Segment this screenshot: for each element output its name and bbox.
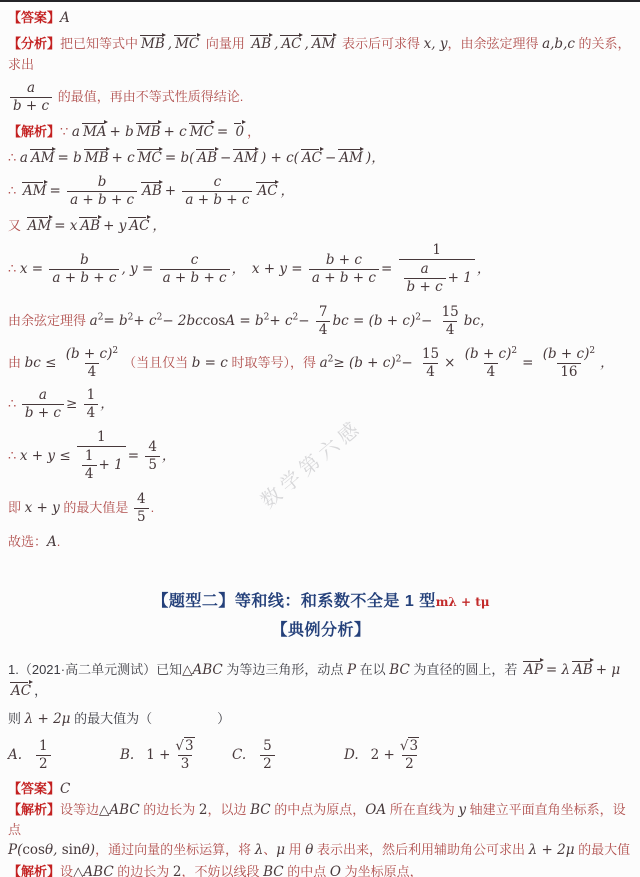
text-cn: 由	[8, 354, 25, 369]
math-italic: x + y ≤	[20, 448, 75, 464]
math-italic: + c	[112, 150, 135, 166]
math-upright: 16	[560, 364, 577, 380]
vector-term: AM	[232, 147, 260, 165]
math-italic: =	[522, 354, 538, 370]
math-italic: a	[39, 387, 47, 403]
section-label: 【解析】	[8, 864, 60, 877]
math-italic: ，	[600, 354, 614, 370]
fraction-denominator: 2	[260, 755, 275, 773]
answer-line-1: 【答案】A	[8, 8, 634, 28]
math-upright: 15	[422, 346, 439, 362]
math-upright: 7	[319, 304, 328, 320]
math-upright: 4	[87, 405, 96, 421]
math-italic: x =	[20, 261, 48, 277]
fraction: 45	[134, 491, 149, 526]
math-italic: a	[421, 261, 429, 277]
fraction: (b + c)24	[462, 346, 520, 381]
math-italic: b + c	[326, 252, 362, 268]
math-italic: = b	[103, 313, 127, 329]
math-upright: cos	[22, 842, 45, 858]
math-italic: P	[347, 662, 356, 678]
superscript: 2	[589, 346, 595, 356]
math-italic: a	[20, 150, 28, 166]
text-cn: ∴	[8, 150, 20, 165]
vector-term: MC	[188, 121, 216, 139]
math-italic: a + b + c	[312, 270, 376, 286]
math-italic: ， x + y =	[232, 261, 307, 277]
math-italic: bc，	[464, 313, 494, 329]
text-cn: ∵	[60, 124, 72, 139]
fraction: 12	[36, 738, 51, 773]
sqrt-term: √3	[175, 737, 194, 754]
radicand: 3	[184, 737, 195, 754]
option-A: A.12	[8, 737, 120, 774]
math-upright: 4	[426, 364, 435, 380]
section-title: 【题型二】等和线：和系数不全是 1 型mλ + tμ	[8, 590, 634, 614]
math-upright: 4	[319, 322, 328, 338]
fraction-numerator: a	[36, 387, 50, 404]
math-upright: 4	[88, 364, 97, 380]
math-italic: + y	[103, 218, 126, 234]
sqrt-term: √3	[400, 737, 419, 754]
text-cn: 用	[285, 842, 305, 857]
vector-term: 0	[233, 121, 246, 139]
math-italic: λ + 2μ	[25, 711, 71, 727]
solution-line-10: 即 x + y 的最大值是 45.	[8, 490, 634, 527]
text-cn: ，不妨以线段	[182, 864, 264, 877]
math-italic: =	[49, 183, 65, 199]
fraction-denominator: a + b + c	[182, 191, 252, 209]
math-italic: P(	[8, 842, 22, 858]
section-label: 【分析】	[8, 36, 60, 51]
vector-term: AM	[26, 215, 54, 233]
text-cn: 把已知等式中	[60, 36, 138, 51]
text-cn: ，以边	[208, 802, 251, 817]
text-cn: 的最大值是	[60, 500, 132, 515]
math-upright: 2	[405, 756, 414, 772]
solution-line-3: ∴ AM= ba + b + cAB+ ca + b + cAC，	[8, 173, 634, 210]
fraction: 14	[82, 448, 97, 483]
section-subtitle: 【典例分析】	[8, 619, 634, 643]
fraction-denominator: 3	[178, 755, 193, 773]
math-italic: a + b + c	[70, 192, 134, 208]
vector-term: AC	[255, 180, 279, 198]
solution-line-8: ∴ ab + c≥ 14，	[8, 386, 634, 423]
text-question: 的最大值为（ ）	[70, 711, 230, 726]
fraction-denominator: a + b + c	[160, 269, 230, 287]
fraction-denominator: a + b + c	[67, 191, 137, 209]
math-italic: y	[458, 802, 466, 818]
fraction-numerator: 1	[36, 738, 51, 755]
text-question: 1.（2021·高二单元测试）已知	[8, 662, 182, 677]
math-italic: = b(	[165, 150, 195, 166]
options-row: A.12B.1 + √33C.52D.2 + √32	[8, 737, 634, 774]
fraction-numerator: 1	[82, 448, 97, 465]
math-italic: θ)	[82, 842, 95, 858]
fraction: ab + c	[22, 387, 64, 422]
math-italic: + c	[269, 313, 292, 329]
math-italic: △ABC	[73, 864, 114, 877]
text-cn: 表示出来，然后利用辅助角公可求出	[313, 842, 528, 857]
fraction-numerator: 1	[429, 242, 444, 259]
fraction-denominator: 2	[36, 755, 51, 773]
fraction: ab + c	[10, 80, 52, 115]
fraction: ca + b + c	[182, 174, 252, 209]
math-upright: 2 +	[371, 745, 395, 765]
fraction-numerator: 4	[145, 439, 160, 456]
math-italic: b + c	[25, 405, 61, 421]
math-italic: a + b + c	[163, 270, 227, 286]
option-label: C.	[232, 745, 246, 765]
text-cn: 为坐标原点，	[341, 864, 423, 877]
option-label: B.	[120, 745, 134, 765]
math-italic: ,	[305, 36, 309, 52]
section-label: 【解析】	[8, 802, 60, 817]
solution-line-6: 由余弦定理得 a2= b2+ c2− 2bccosA = b2+ c2− 74b…	[8, 303, 634, 340]
fraction-numerator: 4	[134, 491, 149, 508]
fraction-denominator: 4	[85, 363, 100, 381]
option-D: D.2 + √32	[344, 737, 424, 774]
superscript: 2	[511, 346, 517, 356]
answer-line-2: 【答案】C	[8, 780, 634, 800]
math-italic: △ABC	[99, 802, 140, 818]
math-italic: BC	[389, 662, 410, 678]
fraction: √33	[172, 738, 197, 773]
math-italic: C	[60, 781, 70, 797]
math-italic: A	[60, 10, 70, 26]
math-italic: bc = (b + c)	[332, 313, 415, 329]
fraction-denominator: 4	[423, 363, 438, 381]
math-italic: a	[90, 313, 98, 329]
solution2-line-2: P(cosθ, sinθ)，通过向量的坐标运算，将 λ、μ 用 θ 表示出来，然…	[8, 841, 634, 861]
fraction-denominator: 4	[484, 363, 499, 381]
math-italic: BC	[250, 802, 271, 818]
vector-term: AM	[337, 147, 365, 165]
fraction: 45	[145, 439, 160, 474]
fraction: 52	[260, 738, 275, 773]
math-italic: + 1	[448, 270, 472, 286]
option-label: D.	[344, 745, 359, 765]
text-cn: ，	[247, 124, 260, 139]
math-italic: (b + c)	[543, 346, 590, 362]
math-italic: , y =	[121, 261, 157, 277]
math-upright: 1	[39, 738, 48, 754]
fraction-numerator: (b + c)2	[540, 346, 598, 363]
math-italic: a + b + c	[185, 192, 249, 208]
math-upright: 1 +	[146, 745, 170, 765]
text-cn: 设等边	[60, 802, 99, 817]
text-question: 为直径的圆上，若	[410, 662, 521, 677]
math-upright: 15	[442, 304, 459, 320]
option-B: B.1 + √33	[120, 737, 232, 774]
option-C: C.52	[232, 737, 344, 774]
fraction-denominator: a + b + c	[309, 269, 379, 287]
math-upright: 2	[39, 756, 48, 772]
math-italic: a	[27, 80, 35, 96]
math-upright: 1	[85, 448, 94, 464]
fraction-denominator: ab + c+ 1	[399, 259, 475, 297]
math-upright: 4	[85, 466, 94, 482]
text-cn: 向量用	[202, 36, 248, 51]
math-italic: ，	[477, 261, 491, 277]
math-italic: bc ≤	[25, 354, 61, 370]
math-italic: a	[320, 354, 328, 370]
fraction: (b + c)216	[540, 346, 598, 381]
fraction-numerator: (b + c)2	[462, 346, 520, 363]
fraction: ba + b + c	[49, 252, 119, 287]
fraction: 1ab + c+ 1	[399, 242, 475, 297]
fraction-numerator: 5	[260, 738, 275, 755]
math-italic: λ + 2μ	[529, 842, 575, 858]
fraction-numerator: (b + c)2	[63, 346, 121, 363]
fraction-denominator: 2	[402, 755, 417, 773]
text-cn: ，由余弦定理得	[447, 36, 542, 51]
vector-term: AB	[78, 215, 102, 233]
fraction-denominator: 16	[557, 363, 580, 381]
text-question: ，	[34, 683, 47, 698]
fraction-numerator: b	[77, 252, 92, 269]
fraction: ab + c	[404, 261, 446, 296]
math-italic: + b	[110, 124, 134, 140]
math-italic: b	[98, 174, 107, 190]
fraction: 74	[316, 304, 331, 339]
text-cn: ，通过向量的坐标运算，将	[95, 842, 255, 857]
fraction-numerator: 7	[316, 304, 331, 321]
text-cn: ∴	[8, 448, 20, 463]
text-cn: .	[57, 534, 61, 549]
vector-term: AP	[522, 659, 545, 677]
math-italic: −	[421, 313, 437, 329]
math-italic: −	[298, 313, 314, 329]
fraction: 154	[419, 346, 442, 381]
math-upright: cos	[203, 313, 226, 329]
math-upright: 5	[148, 457, 157, 473]
vector-term: MC	[136, 147, 164, 165]
math-italic: −	[220, 150, 231, 166]
solution-line-7: 由 bc ≤ (b + c)24（当且仅当 b = c 时取等号），得 a2≥ …	[8, 345, 634, 382]
math-italic: + 1	[99, 457, 123, 473]
fraction-numerator: c	[188, 252, 202, 269]
question-line-1: 1.（2021·高二单元测试）已知△ABC 为等边三角形，动点 P 在以 BC …	[8, 659, 634, 701]
math-italic: ×	[444, 354, 460, 370]
fraction-denominator: a + b + c	[49, 269, 119, 287]
superscript: 2	[112, 346, 118, 356]
text-cn: 的中点	[284, 864, 330, 877]
solution-line-4: 又 AM= xAB+ yAC，	[8, 215, 634, 236]
math-italic: + c	[164, 124, 187, 140]
text-cn: 故选：	[8, 534, 47, 549]
math-upright: 3	[181, 756, 190, 772]
text-question: 为等边三角形，动点	[223, 662, 347, 677]
text-question: 则	[8, 711, 25, 726]
vector-term: MA	[81, 121, 109, 139]
math-italic: = x	[54, 218, 77, 234]
text-cn: 时取等号），得	[228, 354, 320, 369]
fraction-denominator: b + c	[10, 97, 52, 115]
fraction-denominator: 4	[443, 321, 458, 339]
vector-term: AB	[140, 180, 164, 198]
math-italic: −	[325, 150, 336, 166]
math-italic: ，	[162, 448, 176, 464]
fraction-denominator: 4	[316, 321, 331, 339]
analysis-line-1: 【分析】把已知等式中MB,MC 向量用 AB,AC,AM 表示后可求得 x, y…	[8, 33, 634, 74]
math-italic: ≥ (b + c)	[333, 354, 395, 370]
question-line-2: 则 λ + 2μ 的最大值为（ ）	[8, 709, 634, 729]
fraction-numerator: a	[24, 80, 38, 97]
fraction-numerator: 15	[419, 346, 442, 363]
math-upright: 2	[173, 864, 182, 877]
text-cn: 的最大值	[574, 842, 630, 857]
fraction-numerator: b + c	[323, 252, 365, 269]
vector-term: AM	[29, 147, 57, 165]
vector-term: AB	[249, 33, 273, 51]
math-italic: +	[165, 183, 181, 199]
text-cn: ∴	[8, 261, 20, 276]
analysis-line-2: ab + c 的最值，再由不等式性质得结论.	[8, 79, 634, 116]
fraction-numerator: √3	[172, 738, 197, 755]
fraction-denominator: 5	[145, 456, 160, 474]
math-upright: 2	[263, 756, 272, 772]
fraction-denominator: b + c	[404, 278, 446, 296]
solution2-line-1: 【解析】设等边△ABC 的边长为 2，以边 BC 的中点为原点，OA 所在直线为…	[8, 801, 634, 839]
math-italic: + c	[133, 313, 156, 329]
fraction: (b + c)24	[63, 346, 121, 381]
text-cn: （当且仅当	[123, 354, 192, 369]
math-italic: x + y	[25, 500, 60, 516]
document-body: 【答案】A【分析】把已知等式中MB,MC 向量用 AB,AC,AM 表示后可求得…	[8, 8, 634, 877]
math-italic: = b	[58, 150, 82, 166]
vector-term: MB	[139, 33, 167, 51]
fraction-denominator: 5	[134, 508, 149, 526]
radical-sign: √	[175, 738, 184, 754]
section-label: 【答案】	[8, 781, 60, 796]
math-italic: λ	[255, 842, 264, 858]
math-italic: ，	[152, 218, 166, 234]
math-italic: b + c	[13, 98, 49, 114]
math-italic: BC	[263, 864, 284, 877]
math-italic: ，	[281, 183, 295, 199]
solution-line-11: 故选：A.	[8, 532, 634, 552]
math-italic: b	[80, 252, 89, 268]
math-italic: −	[401, 354, 417, 370]
vector-term: AM	[310, 33, 338, 51]
math-italic: θ,	[45, 842, 62, 858]
math-upright: 2	[199, 802, 208, 818]
math-italic: A = b	[225, 313, 263, 329]
math-italic: b + c	[407, 279, 443, 295]
math-italic: − 2bc	[162, 313, 202, 329]
math-italic: μ	[276, 842, 285, 858]
math-italic: =	[217, 124, 233, 140]
vector-term: MB	[135, 121, 163, 139]
math-upright: 1	[432, 242, 441, 258]
title-text: 【题型二】等和线：和系数不全是 1 型	[152, 593, 435, 610]
text-cn: 又	[8, 218, 25, 233]
text-cn: ∴	[8, 396, 20, 411]
fraction: 14	[84, 387, 99, 422]
fraction-numerator: c	[211, 174, 225, 191]
math-italic: (b + c)	[66, 346, 113, 362]
vector-term: AC	[127, 215, 151, 233]
solution-line-1: 【解析】∵ aMA+ bMB+ cMC= 0，	[8, 121, 634, 142]
text-question: 在以	[356, 662, 389, 677]
text-cn: 的边长为	[114, 864, 173, 877]
vector-term: AC	[279, 33, 303, 51]
math-italic: x, y	[424, 36, 448, 52]
text-cn: .	[151, 500, 155, 515]
math-italic: =	[128, 448, 144, 464]
math-italic: b = c	[192, 354, 228, 370]
fraction: 114+ 1	[77, 429, 126, 484]
math-italic: ) + c(	[261, 150, 299, 166]
math-upright: 1	[97, 429, 106, 445]
math-italic: △ABC	[182, 662, 223, 678]
math-upright: 4	[148, 439, 157, 455]
math-upright: 5	[137, 509, 146, 525]
option-label: A.	[8, 745, 22, 765]
text-cn: 表示后可求得	[338, 36, 423, 51]
math-upright: 1	[87, 387, 96, 403]
title-text: 【典例分析】	[271, 622, 370, 639]
math-italic: ，	[100, 396, 114, 412]
text-cn: 设	[60, 864, 73, 877]
math-italic: = λ	[546, 662, 570, 678]
vector-term: MB	[83, 147, 111, 165]
fraction: ca + b + c	[160, 252, 230, 287]
math-italic: O	[330, 864, 341, 877]
fraction-numerator: b	[95, 174, 110, 191]
vector-term: AC	[9, 680, 33, 698]
vector-term: AB	[195, 147, 219, 165]
text-cn: 、	[263, 842, 276, 857]
vector-term: MC	[173, 33, 201, 51]
section-label: 【答案】	[8, 10, 60, 25]
fraction-denominator: b + c	[22, 404, 64, 422]
fraction-numerator: a	[418, 261, 432, 278]
fraction-denominator: 4	[82, 465, 97, 483]
math-upright: 5	[263, 738, 272, 754]
text-cn: 的中点为原点，	[271, 802, 366, 817]
math-italic: ,	[168, 36, 172, 52]
math-italic: + μ	[596, 662, 620, 678]
math-italic: c	[191, 252, 199, 268]
math-italic: a	[72, 124, 80, 140]
math-italic: A	[47, 534, 57, 550]
math-italic: ,	[274, 36, 278, 52]
fraction: b + ca + b + c	[309, 252, 379, 287]
solution-line-5: ∴ x = ba + b + c, y = ca + b + c， x + y …	[8, 241, 634, 298]
fraction-denominator: 4	[84, 404, 99, 422]
fraction: 154	[439, 304, 462, 339]
text-cn: 的最值，再由不等式性质得结论.	[54, 89, 243, 104]
text-cn: 所在直线为	[386, 802, 458, 817]
solution-line-9: ∴ x + y ≤ 114+ 1= 45，	[8, 428, 634, 485]
math-italic: c	[214, 174, 222, 190]
fraction-numerator: 1	[94, 429, 109, 446]
math-italic: (b + c)	[465, 346, 512, 362]
fraction: ba + b + c	[67, 174, 137, 209]
math-italic: )，	[366, 150, 385, 166]
text-cn: 的边长为	[140, 802, 199, 817]
solution2-line-3: 【解析】设△ABC 的边长为 2，不妨以线段 BC 的中点 O 为坐标原点，	[8, 863, 634, 877]
text-cn: 即	[8, 500, 25, 515]
vector-term: AB	[571, 659, 595, 677]
math-upright: sin	[62, 842, 82, 858]
document-page: 【答案】A【分析】把已知等式中MB,MC 向量用 AB,AC,AM 表示后可求得…	[0, 2, 640, 877]
text-cn: ∴	[8, 183, 20, 198]
vector-term: AC	[300, 147, 324, 165]
math-upright: 4	[137, 491, 146, 507]
